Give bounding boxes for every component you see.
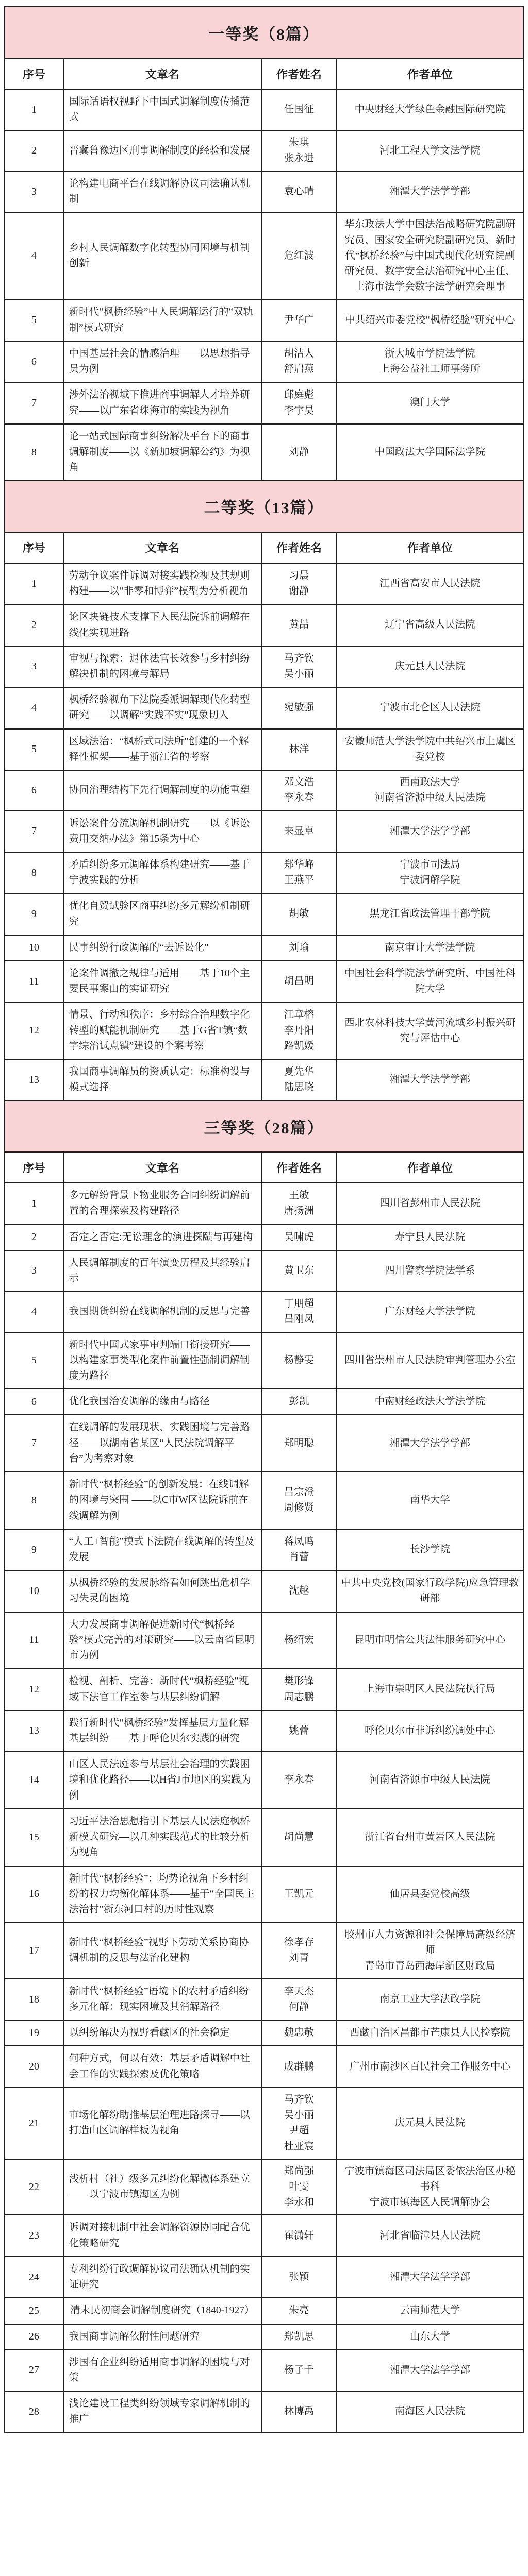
article-title-cell: 我国商事调解依附性问题研究 (63, 2324, 261, 2350)
author-name: 杨静雯 (265, 1353, 333, 1368)
article-title-cell: 浅析村（社）级多元纠纷化解微体系建立——以宁波市镇海区为例 (63, 2159, 261, 2215)
author-name: 樊形锋 (265, 1674, 333, 1689)
row-number-cell: 14 (5, 1752, 63, 1809)
author-unit: 中央财经大学绿色金融国际研究院 (340, 102, 520, 117)
author-name: 吕刚凤 (265, 1312, 333, 1327)
row-number-cell: 21 (5, 2088, 63, 2159)
author-unit: 湘潭大学法学学部 (340, 1436, 520, 1451)
author-units-cell: 四川警察学院法学系 (337, 1250, 523, 1292)
author-unit: 中南财经政法大学法学院 (340, 1394, 520, 1410)
row-number-cell: 4 (5, 1292, 63, 1332)
article-title-cell: 市场化解纷助推基层治理进路探寻——以打造山区调解样板为视角 (63, 2088, 261, 2159)
row-number-cell: 13 (5, 1710, 63, 1752)
author-units-cell: 南海区人民法院 (337, 2391, 523, 2432)
article-title-cell: 劳动争议案件诉调对接实践检视及其规则构建——以“非零和博弈”模型为分析视角 (63, 563, 261, 604)
author-name: 胡敏 (265, 906, 333, 922)
author-units-cell: 南华大学 (337, 1472, 523, 1529)
author-name: 李宇昊 (265, 403, 333, 419)
author-units-cell: 湘潭大学法学学部 (337, 2257, 523, 2298)
table-row: 10从枫桥经验的发展脉络看如何跳出危机学习失灵的困境沈越中共中央党校(国家行政学… (5, 1570, 523, 1612)
row-number-cell: 6 (5, 1389, 63, 1415)
prize-banner-row: 二等奖（13篇） (5, 481, 523, 532)
table-row: 13践行新时代“枫桥经验”发挥基层力量化解基层纠纷——基于呼伦贝尔实践的研究姚蕾… (5, 1710, 523, 1752)
author-unit: 江西省高安市人民法院 (340, 576, 520, 591)
table-row: 7涉外法治视域下推进商事调解人才培养研究——以广东省珠海市的实践为视角邱庭彪李宇… (5, 382, 523, 423)
author-units-cell: 南京审计大学法学院 (337, 935, 523, 961)
article-title-cell: 山区人民法庭参与基层社会治理的实践困境和优化路径——以H省J市地区的实践为例 (63, 1752, 261, 1809)
table-row: 15习近平法治思想指引下基层人民法庭枫桥新模式研究—以几种实践范式的比较分析为视… (5, 1809, 523, 1866)
column-header-no: 序号 (5, 1152, 63, 1183)
table-row: 5新时代中国式家事审判端口衔接研究——以构建家事类型化案件前置性强制调解制度为路… (5, 1332, 523, 1389)
article-title-cell: 审视与探索：退休法官长效参与乡村纠纷 解决机制的困境与解局 (63, 646, 261, 687)
author-names-cell: 杨绍宏 (261, 1612, 337, 1669)
column-header-row: 序号文章名作者姓名作者单位 (5, 532, 523, 563)
author-unit: 湘潭大学法学学部 (340, 2269, 520, 2285)
article-title-cell: 论案件调撤之规律与适用——基于10个主要民事案由的实证研究 (63, 961, 261, 1002)
author-units-cell: 庆元县人民法院 (337, 646, 523, 687)
author-names-cell: 袁心晴 (261, 171, 337, 212)
author-name: 胡洁人 (265, 346, 333, 362)
table-row: 5新时代“枫桥经验”中人民调解运行的“双轨制”模式研究尹华广中共绍兴市委党校“枫… (5, 299, 523, 341)
row-number-cell: 22 (5, 2159, 63, 2215)
table-row: 25清末民初商会调解制度研究（1840-1927）朱亮云南师范大学 (5, 2298, 523, 2324)
author-name: 吕宗澄 (265, 1485, 333, 1500)
author-names-cell: 吕宗澄周修贤 (261, 1472, 337, 1529)
prize-banner-row: 一等奖（8篇） (5, 7, 523, 58)
author-name: 刘瑜 (265, 940, 333, 956)
author-unit: 云南师范大学 (340, 2303, 520, 2318)
table-row: 3论构建电商平台在线调解协议司法确认机制袁心晴湘潭大学法学学部 (5, 171, 523, 212)
table-row: 4枫桥经验视角下法院委派调解现代化转型研究——以调解“实践不实”现象切入宛敏强宁… (5, 687, 523, 728)
author-name: 林洋 (265, 742, 333, 757)
article-title-cell: 枫桥经验视角下法院委派调解现代化转型研究——以调解“实践不实”现象切入 (63, 687, 261, 728)
author-names-cell: 朱亮 (261, 2298, 337, 2324)
author-unit: 四川省彭州市人民法院 (340, 1196, 520, 1211)
author-name: 马齐钦 (265, 651, 333, 667)
author-name: 杨子千 (265, 2363, 333, 2378)
author-units-cell: 湘潭大学法学学部 (337, 171, 523, 212)
table-row: 9“人工+智能”模式下法院在线调解的转型及发展蒋凤鸣肖蕾长沙学院 (5, 1529, 523, 1570)
author-unit: 西藏自治区昌都市芒康县人民检察院 (340, 2025, 520, 2041)
row-number-cell: 8 (5, 1472, 63, 1529)
author-unit: 浙江省台州市黄岩区人民法院 (340, 1829, 520, 1845)
author-unit: 四川警察学院法学系 (340, 1263, 520, 1279)
author-unit: 浙大城市学院法学院 (340, 346, 520, 362)
row-number-cell: 9 (5, 1529, 63, 1570)
author-names-cell: 姚蕾 (261, 1710, 337, 1752)
author-name: 唐扬洲 (265, 1204, 333, 1219)
author-name: 王燕平 (265, 873, 333, 888)
author-names-cell: 胡洁人舒启燕 (261, 341, 337, 382)
row-number-cell: 6 (5, 341, 63, 382)
row-number-cell: 1 (5, 1183, 63, 1224)
column-header-no: 序号 (5, 58, 63, 89)
author-names-cell: 成群鹏 (261, 2046, 337, 2087)
author-names-cell: 朱琪张永进 (261, 130, 337, 171)
author-units-cell: 中国政法大学国际法学院 (337, 424, 523, 481)
author-name: 路凯媛 (265, 1039, 333, 1054)
author-units-cell: 四川省崇州市人民法院审判管理办公室 (337, 1332, 523, 1389)
author-name: 郑明聪 (265, 1436, 333, 1451)
article-title-cell: 新时代“枫桥经验”：均势论视角下乡村纠纷的权力均衡化解体系——基于“全国民主法治… (63, 1866, 261, 1923)
column-header-row: 序号文章名作者姓名作者单位 (5, 1152, 523, 1183)
row-number-cell: 17 (5, 1923, 63, 1979)
table-row: 16新时代“枫桥经验”：均势论视角下乡村纠纷的权力均衡化解体系——基于“全国民主… (5, 1866, 523, 1923)
table-row: 27涉国有企业纠纷适用商事调解的困境与对策杨子千湘潭大学法学学部 (5, 2350, 523, 2391)
table-row: 21市场化解纷助推基层治理进路探寻——以打造山区调解样板为视角马齐钦吴小丽尹超杜… (5, 2088, 523, 2159)
article-title-cell: 专利纠纷行政调解协议司法确认机制的实证研究 (63, 2257, 261, 2298)
article-title-cell: 论区块链技术支撑下人民法院诉前调解在线化实现进路 (63, 604, 261, 646)
article-title-cell: 我国期货纠纷在线调解机制的反思与完善 (63, 1292, 261, 1332)
author-names-cell: 林洋 (261, 729, 337, 770)
row-number-cell: 5 (5, 299, 63, 341)
row-number-cell: 7 (5, 811, 63, 852)
author-names-cell: 尹华广 (261, 299, 337, 341)
row-number-cell: 12 (5, 1669, 63, 1710)
author-names-cell: 杨静雯 (261, 1332, 337, 1389)
author-names-cell: 李永春 (261, 1752, 337, 1809)
row-number-cell: 3 (5, 1250, 63, 1292)
author-name: 刘青 (265, 1951, 333, 1966)
article-title-cell: 乡村人民调解数字化转型协同困境与机制创新 (63, 212, 261, 299)
author-names-cell: 马齐钦吴小丽尹超杜亚宸 (261, 2088, 337, 2159)
author-unit: 西南政法大学 (340, 775, 520, 790)
article-title-cell: 国际话语权视野下中国式调解制度传播范式 (63, 89, 261, 130)
row-number-cell: 11 (5, 961, 63, 1002)
table-row: 12检视、剖析、完善：新时代“枫桥经验”视域下法官工作室参与基层纠纷调解樊形锋周… (5, 1669, 523, 1710)
article-title-cell: 人民调解制度的百年演变历程及其经验启示 (63, 1250, 261, 1292)
article-title-cell: 从枫桥经验的发展脉络看如何跳出危机学习失灵的困境 (63, 1570, 261, 1612)
article-title-cell: 诉讼案件分流调解机制研究——以《诉讼费用交纳办法》第15条为中心 (63, 811, 261, 852)
author-unit: 宁波市司法局 (340, 857, 520, 873)
author-names-cell: 邓文浩李永春 (261, 770, 337, 810)
article-title-cell: 论构建电商平台在线调解协议司法确认机制 (63, 171, 261, 212)
author-unit: 中共绍兴市委党校“枫桥经验”研究中心 (340, 313, 520, 328)
author-units-cell: 湘潭大学法学学部 (337, 811, 523, 852)
author-names-cell: 郑明聪 (261, 1415, 337, 1472)
author-name: 彭凯 (265, 1394, 333, 1410)
author-names-cell: 马齐钦吴小丽 (261, 646, 337, 687)
article-title-cell: 清末民初商会调解制度研究（1840-1927） (63, 2298, 261, 2324)
author-names-cell: 张颖 (261, 2257, 337, 2298)
author-name: 沈越 (265, 1583, 333, 1599)
prize-table-1: 一等奖（8篇）序号文章名作者姓名作者单位1国际话语权视野下中国式调解制度传播范式… (4, 6, 524, 481)
award-list-document: 一等奖（8篇）序号文章名作者姓名作者单位1国际话语权视野下中国式调解制度传播范式… (0, 0, 528, 2441)
author-name: 杨绍宏 (265, 1633, 333, 1648)
column-header-authors: 作者姓名 (261, 58, 337, 89)
author-name: 王凯元 (265, 1887, 333, 1902)
row-number-cell: 1 (5, 89, 63, 130)
author-names-cell: 蒋凤鸣肖蕾 (261, 1529, 337, 1570)
table-row: 7在线调解的发展现状、实践困境与完善路径——以湖南省某区“人民法院调解平台”为考… (5, 1415, 523, 1472)
author-units-cell: 浙江省台州市黄岩区人民法院 (337, 1809, 523, 1866)
author-units-cell: 华东政法大学中国法治战略研究院副研究员、国家安全研究院副研究员、新时代“枫桥经验… (337, 212, 523, 299)
table-row: 20何种方式，何以有效：基层矛盾调解中社会工作的实践探索及优化策略成群鹏广州市南… (5, 2046, 523, 2087)
table-row: 2否定之否定:无讼理念的演进探赜与再建构吴啸虎寿宁县人民法院 (5, 1225, 523, 1250)
table-row: 1劳动争议案件诉调对接实践检视及其规则构建——以“非零和博弈”模型为分析视角习晨… (5, 563, 523, 604)
row-number-cell: 18 (5, 1979, 63, 2020)
author-units-cell: 中国社会科学院法学研究所、中国社科院大学 (337, 961, 523, 1002)
row-number-cell: 16 (5, 1866, 63, 1923)
column-header-article: 文章名 (63, 58, 261, 89)
column-header-units: 作者单位 (337, 58, 523, 89)
author-names-cell: 刘瑜 (261, 935, 337, 961)
author-units-cell: 庆元县人民法院 (337, 2088, 523, 2159)
author-name: 马齐钦 (265, 2092, 333, 2108)
author-unit: 宁波调解学院 (340, 873, 520, 888)
prize-section-title: 一等奖（8篇） (5, 7, 523, 58)
author-units-cell: 河北工程大学文法学院 (337, 130, 523, 171)
author-name: 危红波 (265, 248, 333, 264)
author-unit: 中国社会科学院法学研究所、中国社科院大学 (340, 966, 520, 997)
row-number-cell: 25 (5, 2298, 63, 2324)
row-number-cell: 3 (5, 646, 63, 687)
author-unit: 河北省临漳县人民法院 (340, 2228, 520, 2244)
author-name: 何静 (265, 1999, 333, 2015)
article-title-cell: “人工+智能”模式下法院在线调解的转型及发展 (63, 1529, 261, 1570)
article-title-cell: 涉国有企业纠纷适用商事调解的困境与对策 (63, 2350, 261, 2391)
row-number-cell: 10 (5, 1570, 63, 1612)
author-name: 肖蕾 (265, 1550, 333, 1565)
column-header-authors: 作者姓名 (261, 1152, 337, 1183)
article-title-cell: 协同治理结构下先行调解制度的功能重塑 (63, 770, 261, 810)
author-name: 林博禹 (265, 2404, 333, 2419)
row-number-cell: 23 (5, 2215, 63, 2256)
author-name: 胡昌明 (265, 974, 333, 989)
author-unit: 广州市南沙区百民社会工作服务中心 (340, 2059, 520, 2075)
author-name: 任国征 (265, 102, 333, 117)
table-row: 4我国期货纠纷在线调解机制的反思与完善丁朋超吕刚凤广东财经大学法学院 (5, 1292, 523, 1332)
table-row: 3人民调解制度的百年演变历程及其经验启示黄卫东四川警察学院法学系 (5, 1250, 523, 1292)
author-name: 谢静 (265, 584, 333, 599)
author-units-cell: 宁波市北仑区人民法院 (337, 687, 523, 728)
table-row: 9优化自贸试验区商事纠纷多元解纷机制研究胡敏黑龙江省政法管理干部学院 (5, 893, 523, 935)
author-name: 陆思晓 (265, 1080, 333, 1095)
author-unit: 广东财经大学法学院 (340, 1304, 520, 1319)
author-units-cell: 南京工业大学法政学院 (337, 1979, 523, 2020)
author-name: 郑尚强 (265, 2164, 333, 2179)
author-names-cell: 危红波 (261, 212, 337, 299)
article-title-cell: 大力发展商事调解促进新时代“枫桥经验”模式完善的对策研究——以云南省昆明市为例 (63, 1612, 261, 1669)
prize-table-3: 三等奖（28篇）序号文章名作者姓名作者单位1多元解纷背景下物业服务合同纠纷调解前… (4, 1100, 524, 2433)
row-number-cell: 13 (5, 1059, 63, 1100)
article-title-cell: 以纠纷解决为视野看藏区的社会稳定 (63, 2020, 261, 2046)
author-unit: 寿宁县人民法院 (340, 1230, 520, 1245)
author-name: 李永春 (265, 790, 333, 806)
author-units-cell: 浙大城市学院法学院上海公益社工师事务所 (337, 341, 523, 382)
author-name: 尹超 (265, 2123, 333, 2139)
author-unit: 中国政法大学国际法学院 (340, 445, 520, 460)
table-row: 2论区块链技术支撑下人民法院诉前调解在线化实现进路黄喆辽宁省高级人民法院 (5, 604, 523, 646)
author-unit: 南京工业大学法政学院 (340, 1992, 520, 2007)
article-title-cell: 情景、行动和秩序：乡村综合治理数字化转型的赋能机制研究——基于G省T镇“数字综治… (63, 1002, 261, 1059)
author-name: 李丹阳 (265, 1023, 333, 1039)
article-title-cell: 浅论建设工程类纠纷领域专家调解机制的推广 (63, 2391, 261, 2432)
table-row: 11大力发展商事调解促进新时代“枫桥经验”模式完善的对策研究——以云南省昆明市为… (5, 1612, 523, 1669)
table-row: 28浅论建设工程类纠纷领域专家调解机制的推广林博禹南海区人民法院 (5, 2391, 523, 2432)
author-names-cell: 林博禹 (261, 2391, 337, 2432)
article-title-cell: 我国商事调解员的资质认定：标准构设与模式选择 (63, 1059, 261, 1100)
author-unit: 上海公益社工师事务所 (340, 362, 520, 377)
author-name: 李永和 (265, 2195, 333, 2210)
author-names-cell: 习晨谢静 (261, 563, 337, 604)
table-row: 13我国商事调解员的资质认定：标准构设与模式选择夏先华陆思晓湘潭大学法学学部 (5, 1059, 523, 1100)
table-row: 22浅析村（社）级多元纠纷化解微体系建立——以宁波市镇海区为例郑尚强叶雯李永和宁… (5, 2159, 523, 2215)
author-name: 周修贤 (265, 1500, 333, 1516)
author-names-cell: 郑华峰王燕平 (261, 852, 337, 893)
author-units-cell: 湘潭大学法学学部 (337, 2350, 523, 2391)
column-header-units: 作者单位 (337, 532, 523, 563)
row-number-cell: 7 (5, 382, 63, 423)
row-number-cell: 4 (5, 212, 63, 299)
author-units-cell: 长沙学院 (337, 1529, 523, 1570)
author-unit: 辽宁省高级人民法院 (340, 617, 520, 633)
author-unit: 上海市崇明区人民法院执行局 (340, 1682, 520, 1697)
row-number-cell: 5 (5, 729, 63, 770)
article-title-cell: 新时代“枫桥经验”中人民调解运行的“双轨制”模式研究 (63, 299, 261, 341)
author-units-cell: 安徽师范大学法学院中共绍兴市上虞区委党校 (337, 729, 523, 770)
author-units-cell: 广东财经大学法学院 (337, 1292, 523, 1332)
author-unit: 黑龙江省政法管理干部学院 (340, 906, 520, 922)
article-title-cell: 在线调解的发展现状、实践困境与完善路径——以湖南省某区“人民法院调解平台”为考察… (63, 1415, 261, 1472)
author-unit: 湘潭大学法学学部 (340, 824, 520, 839)
author-name: 黄喆 (265, 617, 333, 633)
author-name: 姚蕾 (265, 1723, 333, 1739)
table-row: 6优化我国治安调解的缘由与路径彭凯中南财经政法大学法学院 (5, 1389, 523, 1415)
author-unit: 仙居县委党校高级 (340, 1887, 520, 1902)
article-title-cell: 践行新时代“枫桥经验”发挥基层力量化解基层纠纷——基于呼伦贝尔实践的研究 (63, 1710, 261, 1752)
author-name: 吴啸虎 (265, 1230, 333, 1245)
table-row: 7诉讼案件分流调解机制研究——以《诉讼费用交纳办法》第15条为中心来显卓湘潭大学… (5, 811, 523, 852)
row-number-cell: 5 (5, 1332, 63, 1389)
article-title-cell: 检视、剖析、完善：新时代“枫桥经验”视域下法官工作室参与基层纠纷调解 (63, 1669, 261, 1710)
author-units-cell: 广州市南沙区百民社会工作服务中心 (337, 2046, 523, 2087)
author-unit: 胶州市人力资源和社会保障局高级经济师 (340, 1927, 520, 1958)
row-number-cell: 20 (5, 2046, 63, 2087)
article-title-cell: 民事纠纷行政调解的“去诉讼化” (63, 935, 261, 961)
author-name: 朱琪 (265, 135, 333, 150)
author-units-cell: 云南师范大学 (337, 2298, 523, 2324)
author-name: 刘静 (265, 445, 333, 460)
row-number-cell: 19 (5, 2020, 63, 2046)
author-name: 王敏 (265, 1188, 333, 1204)
author-units-cell: 黑龙江省政法管理干部学院 (337, 893, 523, 935)
author-name: 舒启燕 (265, 362, 333, 377)
author-units-cell: 辽宁省高级人民法院 (337, 604, 523, 646)
table-row: 12情景、行动和秩序：乡村综合治理数字化转型的赋能机制研究——基于G省T镇“数字… (5, 1002, 523, 1059)
author-name: 张永进 (265, 151, 333, 166)
author-names-cell: 吴啸虎 (261, 1225, 337, 1250)
row-number-cell: 8 (5, 852, 63, 893)
prize-tables-container: 一等奖（8篇）序号文章名作者姓名作者单位1国际话语权视野下中国式调解制度传播范式… (4, 6, 524, 2433)
author-names-cell: 黄卫东 (261, 1250, 337, 1292)
article-title-cell: 新时代“枫桥经验”的创新发展：在线调解的困境与突围 ——以C市W区法院诉前在线调… (63, 1472, 261, 1529)
author-name: 李永春 (265, 1772, 333, 1788)
table-row: 26我国商事调解依附性问题研究郑凯思山东大学 (5, 2324, 523, 2350)
author-names-cell: 李天杰何静 (261, 1979, 337, 2020)
author-unit: 湘潭大学法学学部 (340, 2363, 520, 2378)
author-names-cell: 刘静 (261, 424, 337, 481)
row-number-cell: 1 (5, 563, 63, 604)
prize-table-2: 二等奖（13篇）序号文章名作者姓名作者单位1劳动争议案件诉调对接实践检视及其规则… (4, 480, 524, 1101)
row-number-cell: 9 (5, 893, 63, 935)
author-names-cell: 胡昌明 (261, 961, 337, 1002)
author-names-cell: 来显卓 (261, 811, 337, 852)
author-name: 夏先华 (265, 1064, 333, 1080)
author-names-cell: 崔潇轩 (261, 2215, 337, 2256)
column-header-article: 文章名 (63, 532, 261, 563)
row-number-cell: 11 (5, 1612, 63, 1669)
table-row: 17新时代“枫桥经验”视野下劳动关系协商协调机制的反思与法治化建构徐孝存刘青胶州… (5, 1923, 523, 1979)
author-name: 魏忠敬 (265, 2025, 333, 2041)
row-number-cell: 3 (5, 171, 63, 212)
article-title-cell: 诉调对接机制中社会调解资源协同配合优化策略研究 (63, 2215, 261, 2256)
author-names-cell: 彭凯 (261, 1389, 337, 1415)
author-name: 张颖 (265, 2269, 333, 2285)
author-names-cell: 杨子千 (261, 2350, 337, 2391)
table-row: 10民事纠纷行政调解的“去诉讼化”刘瑜南京审计大学法学院 (5, 935, 523, 961)
prize-banner-row: 三等奖（28篇） (5, 1100, 523, 1152)
row-number-cell: 2 (5, 604, 63, 646)
author-names-cell: 王敏唐扬洲 (261, 1183, 337, 1224)
article-title-cell: 习近平法治思想指引下基层人民法庭枫桥新模式研究—以几种实践范式的比较分析为视角 (63, 1809, 261, 1866)
author-units-cell: 中南财经政法大学法学院 (337, 1389, 523, 1415)
author-unit: 河南省济源市中级人民法院 (340, 1772, 520, 1788)
author-units-cell: 江西省高安市人民法院 (337, 563, 523, 604)
table-row: 18新时代“枫桥经验”语境下的农村矛盾纠纷多元化解：现实困境及其消解路径李天杰何… (5, 1979, 523, 2020)
table-row: 23诉调对接机制中社会调解资源协同配合优化策略研究崔潇轩河北省临漳县人民法院 (5, 2215, 523, 2256)
author-unit: 昆明市明信公共法律服务研究中心 (340, 1633, 520, 1648)
table-row: 1多元解纷背景下物业服务合同纠纷调解前置的合理探索及构建路径王敏唐扬洲四川省彭州… (5, 1183, 523, 1224)
row-number-cell: 24 (5, 2257, 63, 2298)
author-names-cell: 徐孝存刘青 (261, 1923, 337, 1979)
article-title-cell: 论一站式国际商事纠纷解决平台下的商事调解制度——以《新加坡调解公约》为视角 (63, 424, 261, 481)
author-name: 胡尚慧 (265, 1829, 333, 1845)
table-row: 2晋冀鲁豫边区刑事调解制度的经验和发展朱琪张永进河北工程大学文法学院 (5, 130, 523, 171)
author-name: 习晨 (265, 568, 333, 584)
row-number-cell: 6 (5, 770, 63, 810)
author-name: 叶雯 (265, 2179, 333, 2195)
row-number-cell: 26 (5, 2324, 63, 2350)
author-name: 丁朋超 (265, 1296, 333, 1312)
author-units-cell: 上海市崇明区人民法院执行局 (337, 1669, 523, 1710)
row-number-cell: 27 (5, 2350, 63, 2391)
author-unit: 宁波市镇海区司法局区委依法治区办秘书科 (340, 2164, 520, 2195)
article-title-cell: 晋冀鲁豫边区刑事调解制度的经验和发展 (63, 130, 261, 171)
column-header-article: 文章名 (63, 1152, 261, 1183)
author-name: 周志鹏 (265, 1690, 333, 1705)
article-title-cell: 新时代“枫桥经验”视野下劳动关系协商协调机制的反思与法治化建构 (63, 1923, 261, 1979)
table-row: 24专利纠纷行政调解协议司法确认机制的实证研究张颖湘潭大学法学学部 (5, 2257, 523, 2298)
author-units-cell: 中共中央党校(国家行政学院)应急管理教研部 (337, 1570, 523, 1612)
author-units-cell: 中共绍兴市委党校“枫桥经验”研究中心 (337, 299, 523, 341)
author-unit: 庆元县人民法院 (340, 659, 520, 674)
author-name: 崔潇轩 (265, 2228, 333, 2244)
article-title-cell: 否定之否定:无讼理念的演进探赜与再建构 (63, 1225, 261, 1250)
author-names-cell: 黄喆 (261, 604, 337, 646)
article-title-cell: 中国基层社会的情感治理——以思想指导员为例 (63, 341, 261, 382)
author-unit: 青岛市青岛西海岸新区财政局 (340, 1959, 520, 1974)
row-number-cell: 15 (5, 1809, 63, 1866)
author-names-cell: 郑尚强叶雯李永和 (261, 2159, 337, 2215)
author-name: 杜亚宸 (265, 2139, 333, 2155)
author-name: 尹华广 (265, 313, 333, 328)
author-name: 郑凯思 (265, 2329, 333, 2345)
author-units-cell: 河南省济源市中级人民法院 (337, 1752, 523, 1809)
author-names-cell: 沈越 (261, 1570, 337, 1612)
author-units-cell: 湘潭大学法学学部 (337, 1059, 523, 1100)
author-unit: 四川省崇州市人民法院审判管理办公室 (340, 1353, 520, 1368)
